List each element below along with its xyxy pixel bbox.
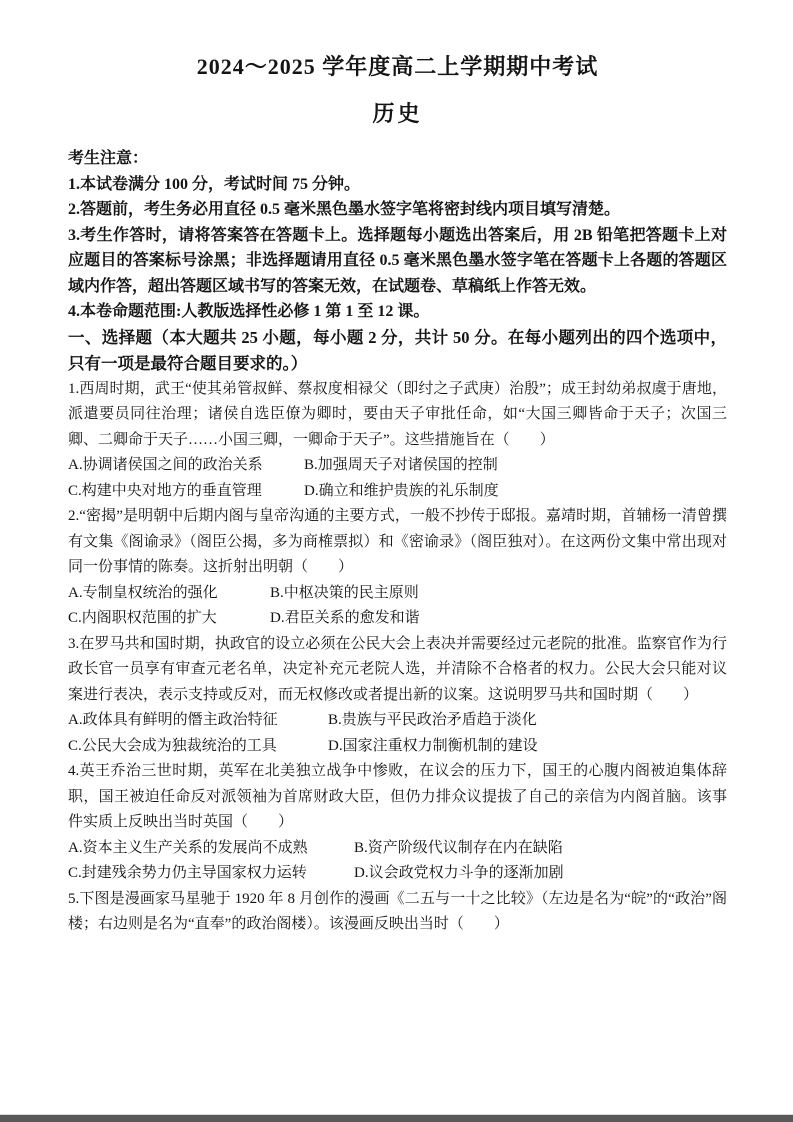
notice-item-4: 4.本卷命题范围:人教版选择性必修 1 第 1 至 12 课。 xyxy=(68,299,727,325)
question-1: 1.西周时期，武王“使其弟管叔鲜、蔡叔度相禄父（即纣之子武庚）治殷”；成王封幼弟… xyxy=(68,377,727,505)
exam-title: 2024～2025 学年度高二上学期期中考试 xyxy=(68,50,727,81)
question-1-option-d: D.确立和维护贵族的礼乐制度 xyxy=(304,479,499,505)
question-1-option-row-cd: C.构建中央对地方的垂直管理 D.确立和维护贵族的礼乐制度 xyxy=(68,479,727,505)
question-1-option-row-ab: A.协调诸侯国之间的政治关系 B.加强周天子对诸侯国的控制 xyxy=(68,453,727,479)
section-heading: 一、选择题（本大题共 25 小题，每小题 2 分，共计 50 分。在每小题列出的… xyxy=(68,325,727,377)
question-2-option-a: A.专制皇权统治的强化 xyxy=(68,581,270,607)
question-2-option-c: C.内阁职权范围的扩大 xyxy=(68,606,270,632)
question-4-option-row-ab: A.资本主义生产关系的发展尚不成熟 B.资产阶级代议制存在内在缺陷 xyxy=(68,836,727,862)
question-3-option-row-ab: A.政体具有鲜明的僭主政治特征 B.贵族与平民政治矛盾趋于淡化 xyxy=(68,708,727,734)
notice-heading: 考生注意： xyxy=(68,146,727,172)
notice-item-2: 2.答题前，考生务必用直径 0.5 毫米黑色墨水签字笔将密封线内项目填写清楚。 xyxy=(68,197,727,223)
question-3-option-d: D.国家注重权力制衡机制的建设 xyxy=(328,734,538,760)
question-3-option-b: B.贵族与平民政治矛盾趋于淡化 xyxy=(328,708,537,734)
question-4-option-row-cd: C.封建残余势力仍主导国家权力运转 D.议会政党权力斗争的逐渐加剧 xyxy=(68,861,727,887)
question-4-option-d: D.议会政党权力斗争的逐渐加剧 xyxy=(354,861,564,887)
question-2-option-d: D.君臣关系的愈发和谐 xyxy=(270,606,420,632)
page-content: 2024～2025 学年度高二上学期期中考试 历史 考生注意： 1.本试卷满分 … xyxy=(0,0,793,938)
notice-item-3: 3.考生作答时，请将答案答在答题卡上。选择题每小题选出答案后，用 2B 铅笔把答… xyxy=(68,223,727,300)
question-3-option-a: A.政体具有鲜明的僭主政治特征 xyxy=(68,708,328,734)
question-3-stem: 3.在罗马共和国时期，执政官的设立必须在公民大会上表决并需要经过元老院的批准。监… xyxy=(68,632,727,709)
question-2-option-row-cd: C.内阁职权范围的扩大 D.君臣关系的愈发和谐 xyxy=(68,606,727,632)
question-3-option-row-cd: C.公民大会成为独裁统治的工具 D.国家注重权力制衡机制的建设 xyxy=(68,734,727,760)
question-3-option-c: C.公民大会成为独裁统治的工具 xyxy=(68,734,328,760)
question-2-option-row-ab: A.专制皇权统治的强化 B.中枢决策的民主原则 xyxy=(68,581,727,607)
question-5-stem: 5.下图是漫画家马星驰于 1920 年 8 月创作的漫画《二五与一十之比较》（左… xyxy=(68,887,727,938)
question-1-stem: 1.西周时期，武王“使其弟管叔鲜、蔡叔度相禄父（即纣之子武庚）治殷”；成王封幼弟… xyxy=(68,377,727,454)
question-2-stem: 2.“密揭”是明朝中后期内阁与皇帝沟通的主要方式，一般不抄传于邸报。嘉靖时期，首… xyxy=(68,504,727,581)
question-4-option-b: B.资产阶级代议制存在内在缺陷 xyxy=(354,836,563,862)
question-4-option-a: A.资本主义生产关系的发展尚不成熟 xyxy=(68,836,354,862)
notice-item-1: 1.本试卷满分 100 分，考试时间 75 分钟。 xyxy=(68,172,727,198)
question-1-option-b: B.加强周天子对诸侯国的控制 xyxy=(304,453,498,479)
question-4: 4.英王乔治三世时期，英军在北美独立战争中惨败，在议会的压力下，国王的心腹内阁被… xyxy=(68,759,727,887)
exam-page: { "header": { "title": "2024～2025 学年度高二上… xyxy=(0,0,793,1122)
page-bottom-bar xyxy=(0,1114,793,1122)
exam-subject: 历史 xyxy=(68,97,727,128)
page-header: 2024～2025 学年度高二上学期期中考试 历史 xyxy=(68,50,727,128)
question-2: 2.“密揭”是明朝中后期内阁与皇帝沟通的主要方式，一般不抄传于邸报。嘉靖时期，首… xyxy=(68,504,727,632)
question-1-option-a: A.协调诸侯国之间的政治关系 xyxy=(68,453,304,479)
question-5: 5.下图是漫画家马星驰于 1920 年 8 月创作的漫画《二五与一十之比较》（左… xyxy=(68,887,727,938)
choice-section: 一、选择题（本大题共 25 小题，每小题 2 分，共计 50 分。在每小题列出的… xyxy=(68,325,727,938)
question-4-option-c: C.封建残余势力仍主导国家权力运转 xyxy=(68,861,354,887)
notice-section: 考生注意： 1.本试卷满分 100 分，考试时间 75 分钟。 2.答题前，考生… xyxy=(68,146,727,325)
question-3: 3.在罗马共和国时期，执政官的设立必须在公民大会上表决并需要经过元老院的批准。监… xyxy=(68,632,727,760)
question-4-stem: 4.英王乔治三世时期，英军在北美独立战争中惨败，在议会的压力下，国王的心腹内阁被… xyxy=(68,759,727,836)
question-2-option-b: B.中枢决策的民主原则 xyxy=(270,581,419,607)
question-1-option-c: C.构建中央对地方的垂直管理 xyxy=(68,479,304,505)
